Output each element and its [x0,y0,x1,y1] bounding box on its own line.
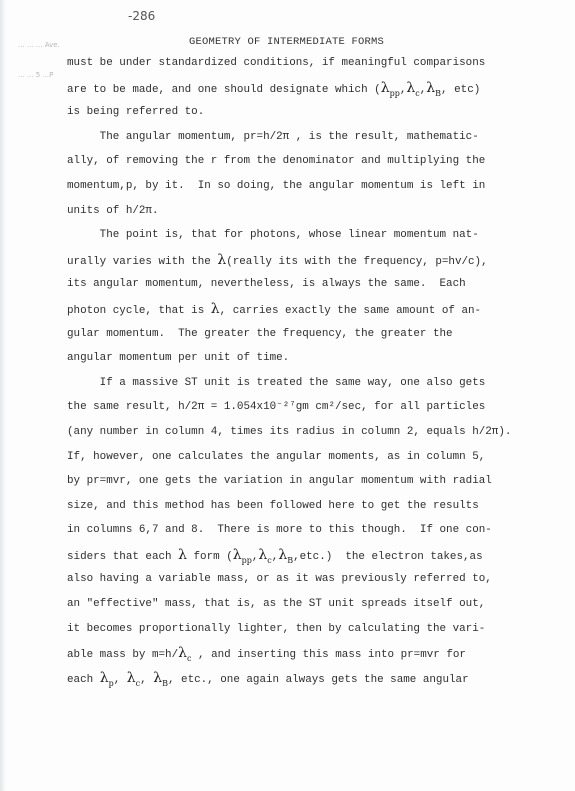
lambda-symbol: λp [100,670,114,686]
text-line: able mass by m=h/λc , and inserting this… [67,641,527,666]
lambda-symbol: λ [211,301,220,317]
text-line: in columns 6,7 and 8. There is more to t… [67,518,527,543]
lambda-symbol: λ [178,547,187,563]
text-line: its angular momentum, nevertheless, is a… [67,272,527,297]
text-line: the same result, h/2π = 1.054x10⁻²⁷gm cm… [67,395,527,420]
text-line: momentum,p, by it. In so doing, the angu… [67,174,527,199]
text-line: also having a variable mass, or as it wa… [67,567,527,592]
stamp-line: ... ... ... Ave. [18,40,60,50]
text-line: gular momentum. The greater the frequenc… [67,322,527,347]
text-line: siders that each λ form (λpp,λc,λB,etc.)… [67,543,527,568]
scan-edge-shadow [0,0,6,791]
text-line: units of h/2π. [67,199,527,224]
text-line: (any number in column 4, times its radiu… [67,420,527,445]
lambda-symbol: λpp [233,547,252,563]
lambda-symbol: λ [217,252,226,268]
text-line: ally, of removing the r from the denomin… [67,149,527,174]
text-line: The angular momentum, pr=h/2π , is the r… [67,125,527,150]
text-line: If a massive ST unit is treated the same… [67,371,527,396]
stamp-line: ... ... 5 ...P [18,70,60,80]
text-line: by pr=mvr, one gets the variation in ang… [67,469,527,494]
page-title: GEOMETRY OF INTERMEDIATE FORMS [189,36,384,48]
text-line: angular momentum per unit of time. [67,346,527,371]
lambda-symbol: λc [406,80,419,96]
text-line: The point is, that for photons, whose li… [67,223,527,248]
page-number: -286 [128,9,155,23]
lambda-symbol: λc [258,547,271,563]
text-line: If, however, one calculates the angular … [67,445,527,470]
text-line: photon cycle, that is λ, carries exactly… [67,297,527,322]
text-line: urally varies with the λ(really its with… [67,248,527,273]
lambda-symbol: λB [153,670,168,686]
body-text: must be under standardized conditions, i… [67,51,527,690]
archive-stamp: ... ... ... Ave. ... ... 5 ...P [18,20,60,90]
lambda-symbol: λc [178,645,191,661]
lambda-symbol: λB [278,547,293,563]
lambda-symbol: λB [426,80,441,96]
text-line: it becomes proportionally lighter, then … [67,617,527,642]
lambda-symbol: λc [127,670,140,686]
text-line: each λp, λc, λB, etc., one again always … [67,666,527,691]
text-line: are to be made, and one should designate… [67,76,527,101]
text-line: an "effective" mass, that is, as the ST … [67,592,527,617]
text-line: must be under standardized conditions, i… [67,51,527,76]
lambda-symbol: λpp [381,80,400,96]
text-line: size, and this method has been followed … [67,494,527,519]
text-line: is being referred to. [67,100,527,125]
